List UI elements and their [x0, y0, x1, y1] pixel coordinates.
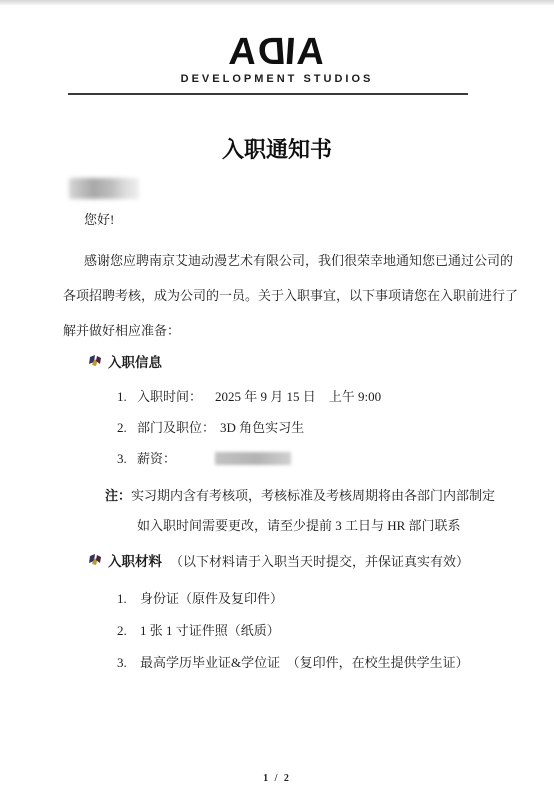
section-heading-onboarding-info: 入职信息 — [89, 351, 162, 371]
note-label: 注： — [105, 488, 131, 503]
section-heading-label: 入职信息 — [108, 351, 162, 371]
logo-letter-mirrored-d: D — [256, 33, 287, 71]
list-item-text: 最高学历毕业证&学位证 （复印件，在校生提供学生证） — [140, 655, 469, 670]
logo-letter: A — [296, 33, 327, 71]
list-item-text: 1 张 1 寸证件照（纸质） — [140, 623, 280, 638]
note-line: 注：实习期内含有考核项，考核标准及考核周期将由各部门内部制定 — [105, 481, 495, 511]
list-item: 2.部门及职位：3D 角色实习生 — [117, 412, 381, 443]
header-divider — [68, 93, 468, 95]
section-heading-label: 入职材料 — [108, 550, 162, 570]
list-item-label: 部门及职位： — [137, 420, 215, 435]
intro-paragraph: 感谢您应聘南京艾迪动漫艺术有限公司，我们很荣幸地通知您已通过公司的 各项招聘考核… — [63, 243, 518, 348]
note-line: 如入职时间需要更改，请至少提前 3 工日与 HR 部门联系 — [137, 511, 495, 541]
section-bullet-icon — [89, 355, 102, 368]
intro-line: 解并做好相应准备： — [63, 313, 518, 348]
list-item-number: 1. — [117, 583, 140, 615]
list-item: 1.入职时间：2025 年 9 月 15 日 上午 9:00 — [117, 381, 381, 412]
logo-letter: A — [227, 33, 258, 71]
list-item-number: 1. — [117, 381, 137, 412]
list-item-label: 薪资： — [137, 451, 176, 466]
list-item-value: 3D 角色实习生 — [220, 420, 304, 435]
list-item-label: 入职时间： — [137, 389, 202, 404]
page-number: 1 / 2 — [0, 773, 554, 784]
company-logo: ADIA DEVELOPMENT STUDIOS — [0, 33, 554, 85]
document-title: 入职通知书 — [0, 133, 554, 164]
onboarding-materials-list: 1.身份证（原件及复印件） 2.1 张 1 寸证件照（纸质） 3.最高学历毕业证… — [117, 583, 469, 679]
list-item-number: 3. — [117, 647, 140, 679]
onboarding-info-list: 1.入职时间：2025 年 9 月 15 日 上午 9:00 2.部门及职位：3… — [117, 381, 381, 474]
list-item-value: 2025 年 9 月 15 日 上午 9:00 — [215, 389, 381, 404]
list-item-number: 3. — [117, 443, 137, 474]
greeting-text: 您好! — [84, 209, 114, 228]
list-item-number: 2. — [117, 615, 140, 647]
note-text: 实习期内含有考核项，考核标准及考核周期将由各部门内部制定 — [131, 488, 495, 503]
page-top-edge — [0, 0, 554, 5]
intro-line: 各项招聘考核，成为公司的一员。关于入职事宜，以下事项请您在入职前进行了 — [63, 278, 518, 313]
recipient-name-redaction — [69, 178, 139, 199]
offer-letter-page: ADIA DEVELOPMENT STUDIOS 入职通知书 您好! 感谢您应聘… — [0, 0, 554, 804]
list-item: 2.1 张 1 寸证件照（纸质） — [117, 615, 469, 647]
section-bullet-icon — [89, 554, 102, 567]
section-heading-note: （以下材料请于入职当天时提交，并保证真实有效） — [170, 551, 469, 570]
list-item-number: 2. — [117, 412, 137, 443]
list-item: 3.薪资： — [117, 443, 381, 474]
salary-redaction — [215, 452, 291, 465]
logo-wordmark: ADIA — [0, 33, 554, 71]
intro-line: 感谢您应聘南京艾迪动漫艺术有限公司，我们很荣幸地通知您已通过公司的 — [63, 243, 518, 278]
list-item: 1.身份证（原件及复印件） — [117, 583, 469, 615]
list-item-text: 身份证（原件及复印件） — [140, 591, 283, 606]
logo-subtitle: DEVELOPMENT STUDIOS — [0, 74, 554, 85]
list-item: 3.最高学历毕业证&学位证 （复印件，在校生提供学生证） — [117, 647, 469, 679]
note-block: 注：实习期内含有考核项，考核标准及考核周期将由各部门内部制定 如入职时间需要更改… — [105, 481, 495, 541]
section-heading-onboarding-materials: 入职材料 （以下材料请于入职当天时提交，并保证真实有效） — [89, 550, 469, 570]
